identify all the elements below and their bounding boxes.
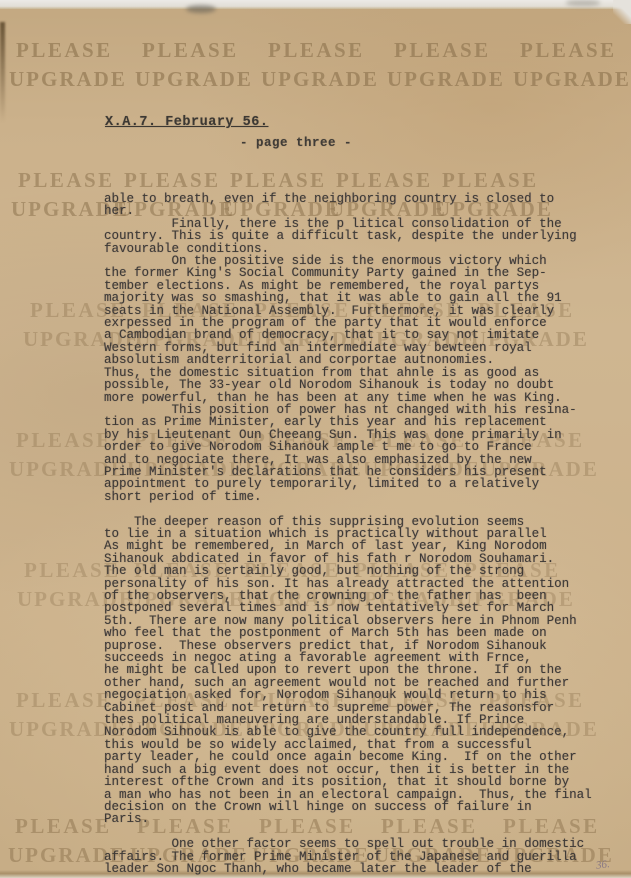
watermark-please: PLEASE <box>394 38 491 63</box>
ink-smudge <box>566 0 600 6</box>
watermark-please: PLEASE <box>230 168 327 193</box>
watermark-please: PLEASE <box>142 38 239 63</box>
watermark-please: PLEASE <box>16 428 113 453</box>
watermark-please: PLEASE <box>15 814 112 839</box>
watermark-please: PLEASE <box>442 168 539 193</box>
document-body-text: able to breath, even if the neighboring … <box>104 193 592 875</box>
ink-smudge <box>186 5 216 13</box>
watermark-please: PLEASE <box>268 38 365 63</box>
watermark-upgrade: UPGRADE <box>513 67 631 92</box>
handwritten-page-note: 36. <box>595 858 610 872</box>
scanner-edge-top <box>0 0 631 9</box>
watermark-please: PLEASE <box>18 168 115 193</box>
page-edge-shadow <box>0 22 5 122</box>
watermark-upgrade: UPGRADE <box>135 67 253 92</box>
page-corner-highlight <box>613 0 631 24</box>
watermark-upgrade: UPGRADE <box>387 67 505 92</box>
page-number-label: - page three - <box>240 136 352 150</box>
watermark-please: PLEASE <box>16 688 113 713</box>
scanned-document-page: PLEASEUPGRADEPLEASEUPGRADEPLEASEUPGRADEP… <box>0 0 631 878</box>
watermark-upgrade: UPGRADE <box>9 67 127 92</box>
watermark-please: PLEASE <box>336 168 433 193</box>
watermark-upgrade: UPGRADE <box>261 67 379 92</box>
watermark-please: PLEASE <box>124 168 221 193</box>
watermark-please: PLEASE <box>16 38 113 63</box>
watermark-please: PLEASE <box>520 38 617 63</box>
document-reference-heading: X.A.7. February 56. <box>105 115 268 130</box>
